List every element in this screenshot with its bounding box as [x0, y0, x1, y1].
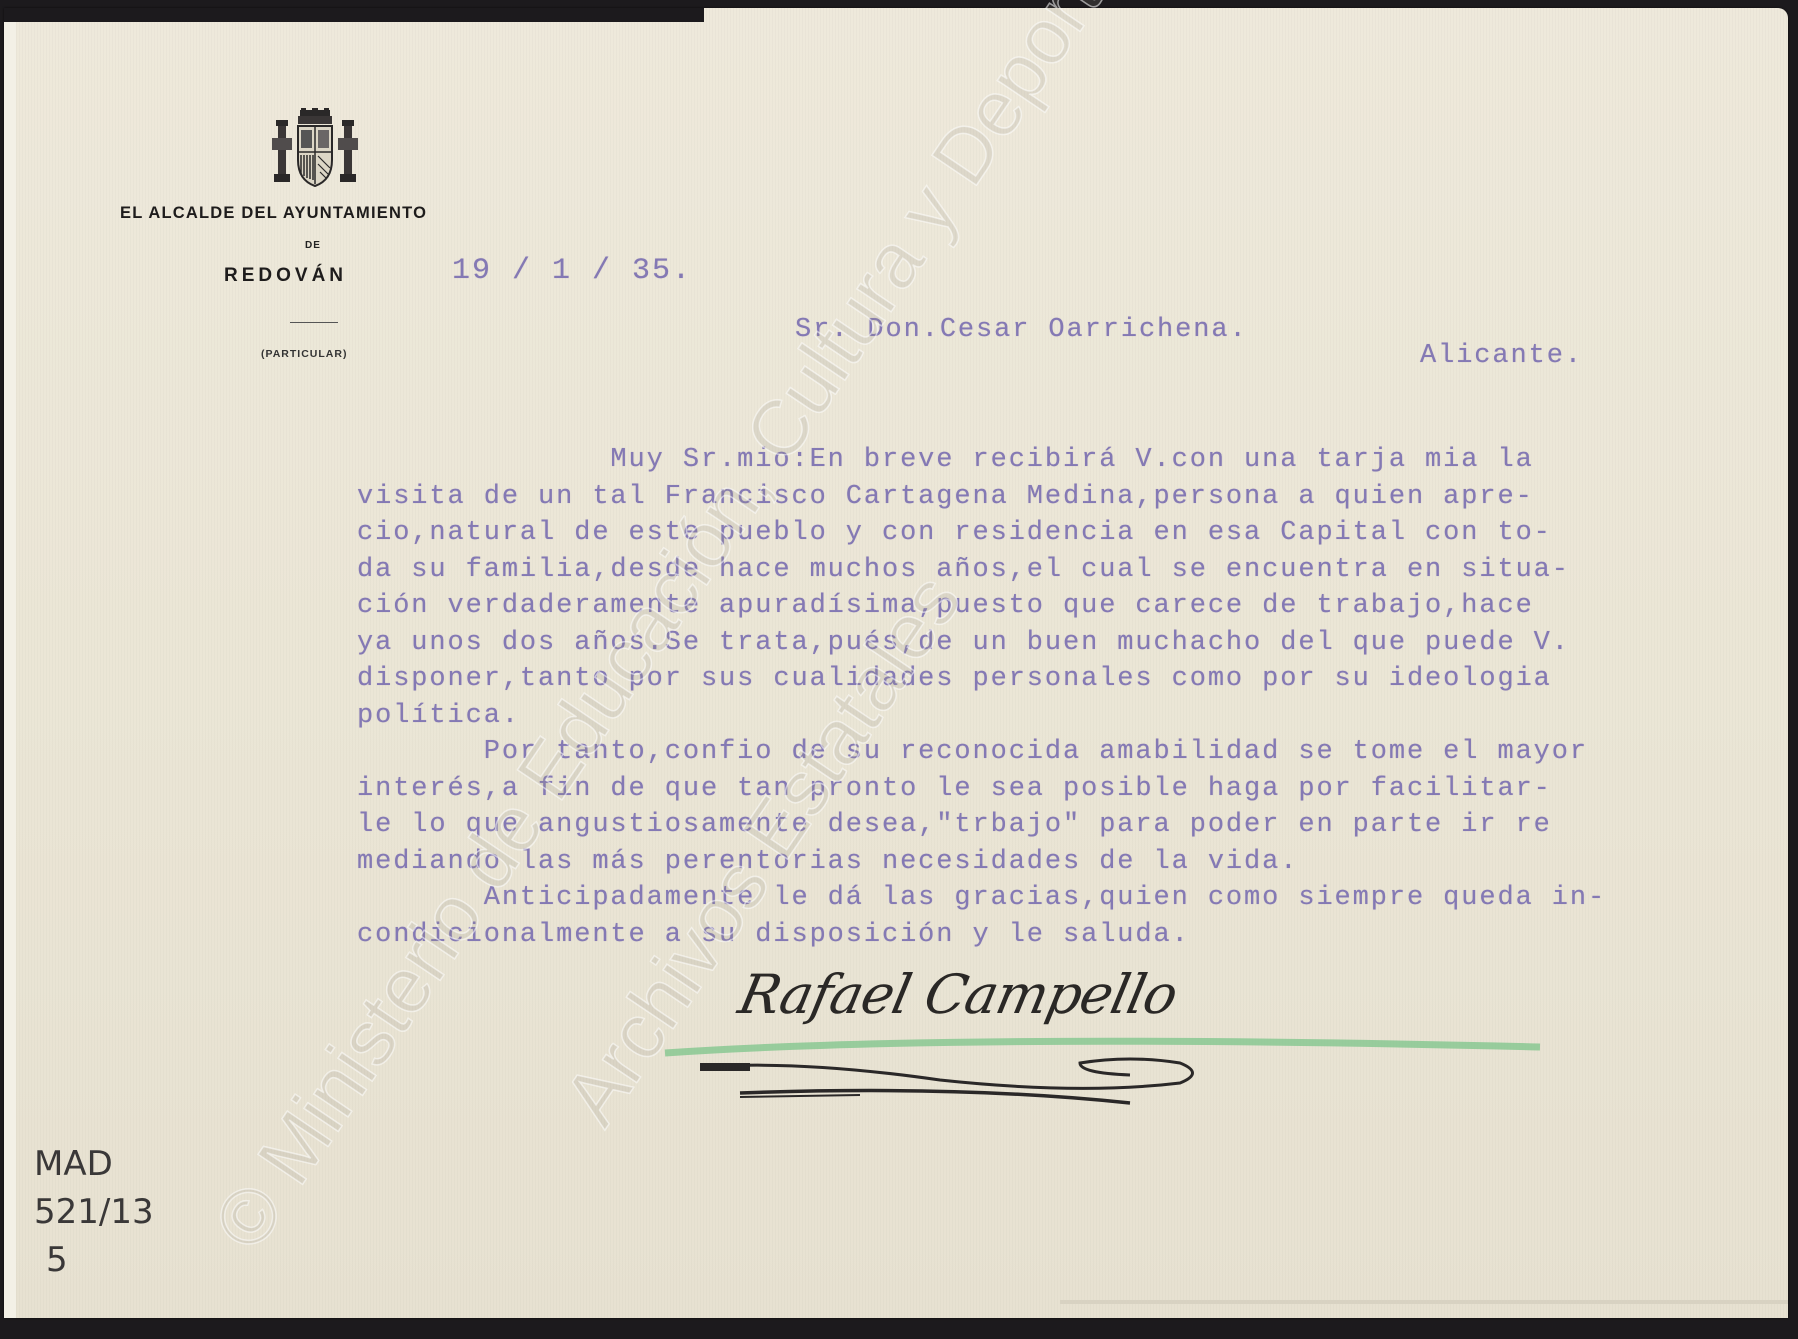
letter-addressee: Sr. Don.Cesar Oarrichena.	[795, 315, 1248, 345]
archive-reference: MAD 521/13 5	[34, 1140, 154, 1284]
body-line: ya unos dos años.Se trata,pués,de un bue…	[357, 625, 1702, 662]
letter-date: 19 / 1 / 35.	[452, 254, 692, 288]
body-line: política.	[357, 698, 1702, 735]
body-line: condicionalmente a su disposición y le s…	[357, 917, 1702, 954]
coat-of-arms-icon	[270, 108, 360, 188]
body-line: interés,a fin de que tan pronto le sea p…	[357, 771, 1702, 808]
paper-bottom-edge	[1060, 1300, 1788, 1304]
body-line: cio,natural de este pueblo y con residen…	[357, 515, 1702, 552]
archive-file-number: 521/13	[34, 1188, 154, 1236]
archive-page-number: 5	[34, 1236, 154, 1284]
letterhead-note: (PARTICULAR)	[261, 348, 347, 360]
body-line: Por tanto,confio de su reconocida amabil…	[357, 734, 1702, 771]
letterhead-town: REDOVÁN	[224, 265, 347, 287]
letterhead-de: DE	[305, 240, 321, 251]
body-line: Muy Sr.mio:En breve recibirá V.con una t…	[357, 442, 1702, 479]
body-line: ción verdaderamente apuradísima,puesto q…	[357, 588, 1702, 625]
archive-code: MAD	[34, 1140, 154, 1188]
body-line: Anticipadamente le dá las gracias,quien …	[357, 880, 1702, 917]
signature-name: Rafael Campello	[733, 963, 1182, 1026]
body-line: le lo que angustiosamente desea,"trbajo"…	[357, 807, 1702, 844]
paper-edge	[4, 22, 16, 1318]
letter-city: Alicante.	[1420, 341, 1583, 371]
letterhead-title: EL ALCALDE DEL AYUNTAMIENTO	[120, 204, 512, 223]
body-line: mediando las más perentorias necesidades…	[357, 844, 1702, 881]
scan-border	[4, 8, 704, 22]
letterhead-divider	[290, 322, 338, 323]
signature: Rafael Campello	[660, 955, 1580, 1125]
body-line: disponer,tanto por sus cualidades person…	[357, 661, 1702, 698]
body-line: da su familia,desde hace muchos años,el …	[357, 552, 1702, 589]
letter-body: Muy Sr.mio:En breve recibirá V.con una t…	[357, 442, 1702, 953]
body-line: visita de un tal Francisco Cartagena Med…	[357, 479, 1702, 516]
